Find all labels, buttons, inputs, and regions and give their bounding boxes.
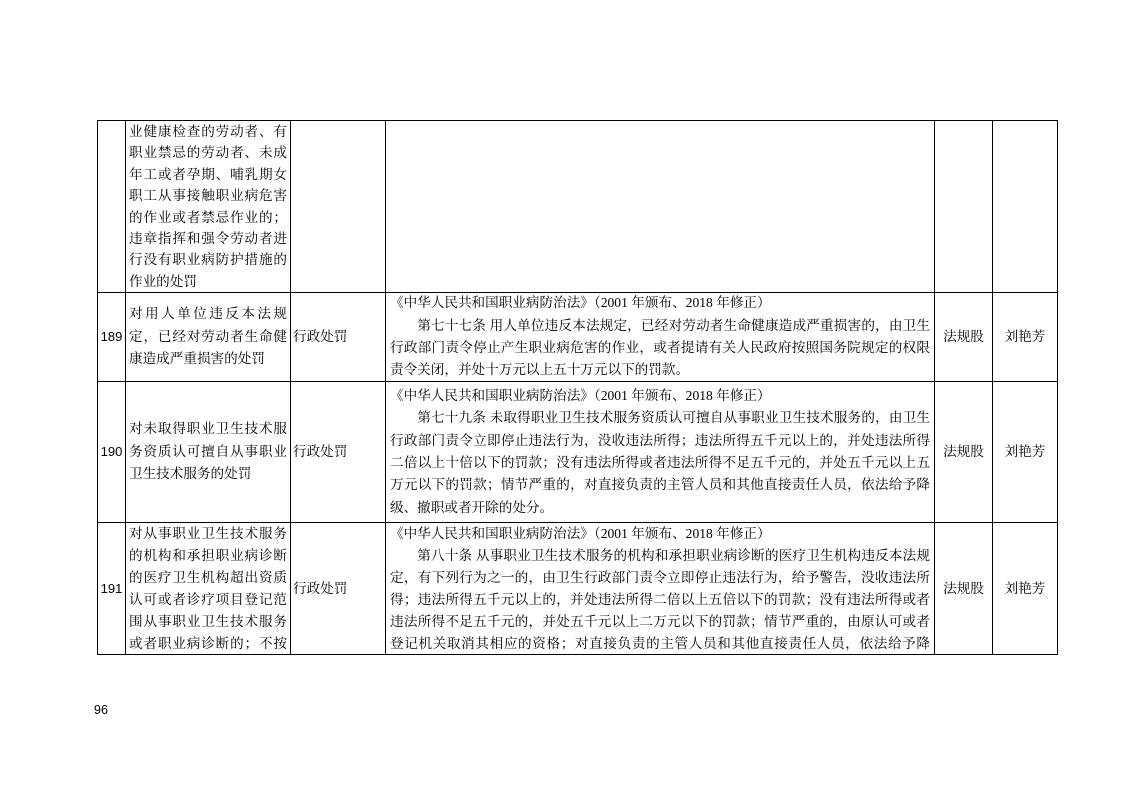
row-number: 189 — [98, 293, 125, 381]
legal-title: 《中华人民共和国职业病防治法》（2001 年颁布、2018 年修正） — [390, 293, 930, 315]
department-cell: 法规股 — [935, 293, 993, 382]
department-cell: 法规股 — [935, 523, 993, 655]
document-page: 业健康检查的劳动者、有职业禁忌的劳动者、未成年工或者孕期、哺乳期女职工从事接触职… — [0, 0, 1122, 793]
person — [993, 121, 1057, 292]
penalty-type-cell — [291, 121, 386, 293]
row-number-cell: 191 — [98, 523, 126, 655]
penalty-type-cell: 行政处罚 — [291, 523, 386, 655]
row-number-cell — [98, 121, 126, 293]
person: 刘艳芳 — [993, 382, 1057, 522]
item-text: 对用人单位违反本法规定，已经对劳动者生命健康造成严重损害的处罚 — [126, 293, 290, 381]
row-number-cell: 190 — [98, 382, 126, 523]
legal-body: 第七十九条 未取得职业卫生技术服务资质认可擅自从事职业卫生技术服务的，由卫生行政… — [390, 407, 930, 519]
item-cell: 对未取得职业卫生技术服务资质认可擅自从事职业卫生技术服务的处罚 — [126, 382, 291, 523]
row-number-cell: 189 — [98, 293, 126, 382]
department: 法规股 — [935, 523, 992, 654]
item-text: 业健康检查的劳动者、有职业禁忌的劳动者、未成年工或者孕期、哺乳期女职工从事接触职… — [126, 121, 290, 292]
penalty-type: 行政处罚 — [291, 293, 385, 381]
item-cell: 业健康检查的劳动者、有职业禁忌的劳动者、未成年工或者孕期、哺乳期女职工从事接触职… — [126, 121, 291, 293]
table-row-continuation: 业健康检查的劳动者、有职业禁忌的劳动者、未成年工或者孕期、哺乳期女职工从事接触职… — [98, 121, 1058, 293]
department — [935, 121, 992, 292]
row-number — [98, 121, 125, 292]
person-cell: 刘艳芳 — [993, 293, 1058, 382]
item-text: 对未取得职业卫生技术服务资质认可擅自从事职业卫生技术服务的处罚 — [126, 382, 290, 522]
person-cell — [993, 121, 1058, 293]
legal-body: 第七十七条 用人单位违反本法规定，已经对劳动者生命健康造成严重损害的，由卫生行政… — [390, 315, 930, 381]
department: 法规股 — [935, 382, 992, 522]
legal-basis-cell: 《中华人民共和国职业病防治法》（2001 年颁布、2018 年修正） 第七十七条… — [386, 293, 935, 382]
person-cell: 刘艳芳 — [993, 382, 1058, 523]
legal-basis-cell: 《中华人民共和国职业病防治法》（2001 年颁布、2018 年修正） 第八十条 … — [386, 523, 935, 655]
item-cell: 对从事职业卫生技术服务的机构和承担职业病诊断的医疗卫生机构超出资质认可或者诊疗项… — [126, 523, 291, 655]
person: 刘艳芳 — [993, 523, 1057, 654]
legal-title: 《中华人民共和国职业病防治法》（2001 年颁布、2018 年修正） — [390, 523, 930, 545]
penalty-type-cell: 行政处罚 — [291, 293, 386, 382]
legal-body: 第八十条 从事职业卫生技术服务的机构和承担职业病诊断的医疗卫生机构违反本法规定，… — [390, 545, 930, 654]
penalties-table: 业健康检查的劳动者、有职业禁忌的劳动者、未成年工或者孕期、哺乳期女职工从事接触职… — [97, 120, 1058, 655]
department-cell: 法规股 — [935, 382, 993, 523]
department: 法规股 — [935, 293, 992, 381]
row-number: 190 — [98, 382, 125, 522]
legal-basis-cell — [386, 121, 935, 293]
penalty-type-cell: 行政处罚 — [291, 382, 386, 523]
legal-basis-cell: 《中华人民共和国职业病防治法》（2001 年颁布、2018 年修正） 第七十九条… — [386, 382, 935, 523]
person: 刘艳芳 — [993, 293, 1057, 381]
row-number: 191 — [98, 523, 125, 654]
penalty-type: 行政处罚 — [291, 382, 385, 522]
legal-title: 《中华人民共和国职业病防治法》（2001 年颁布、2018 年修正） — [390, 385, 930, 407]
item-text: 对从事职业卫生技术服务的机构和承担职业病诊断的医疗卫生机构超出资质认可或者诊疗项… — [126, 523, 290, 654]
table-row-190: 190 对未取得职业卫生技术服务资质认可擅自从事职业卫生技术服务的处罚 行政处罚… — [98, 382, 1058, 523]
page-number: 96 — [94, 703, 108, 717]
person-cell: 刘艳芳 — [993, 523, 1058, 655]
penalty-type: 行政处罚 — [291, 523, 385, 654]
item-cell: 对用人单位违反本法规定，已经对劳动者生命健康造成严重损害的处罚 — [126, 293, 291, 382]
table-row-189: 189 对用人单位违反本法规定，已经对劳动者生命健康造成严重损害的处罚 行政处罚… — [98, 293, 1058, 382]
penalty-type — [291, 121, 385, 292]
department-cell — [935, 121, 993, 293]
table-row-191: 191 对从事职业卫生技术服务的机构和承担职业病诊断的医疗卫生机构超出资质认可或… — [98, 523, 1058, 655]
